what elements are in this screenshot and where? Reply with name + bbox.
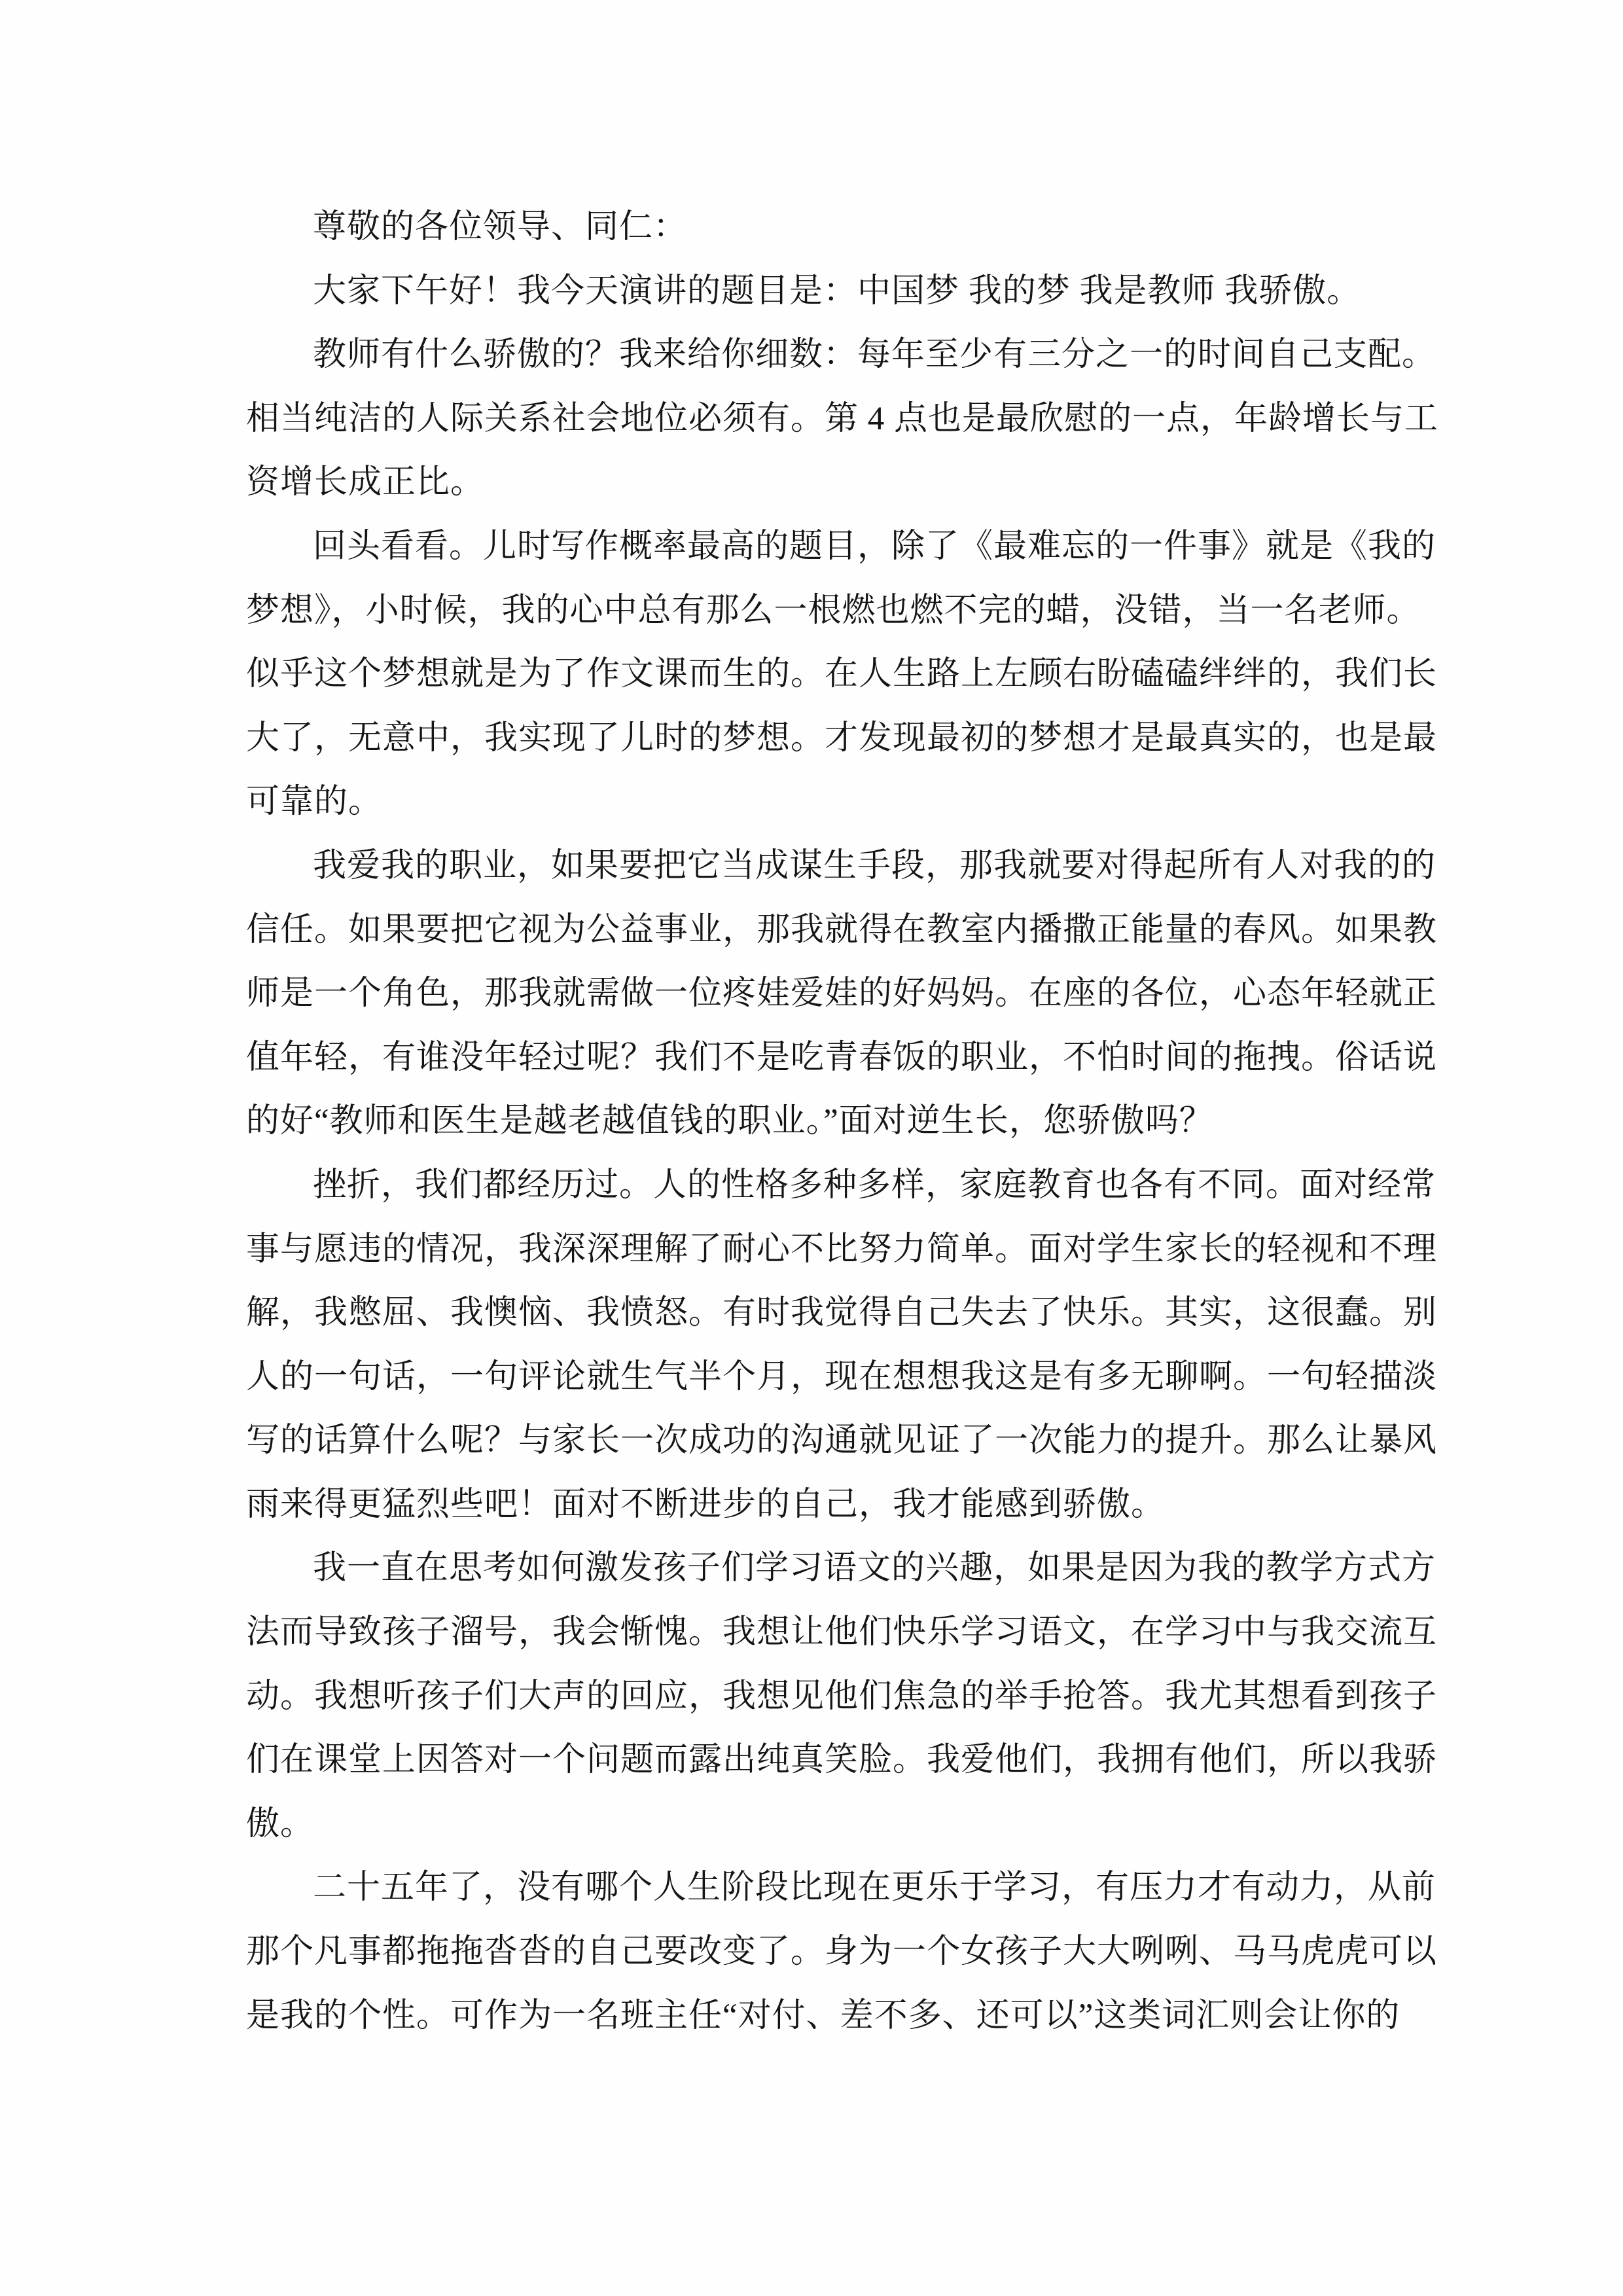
document-page: 尊敬的各位领导、同仁：大家下午好！我今天演讲的题目是：中国梦 我的梦 我是教师 …: [0, 0, 1623, 2296]
text-line: 是我的个性。可作为一名班主任“对付、差不多、还可以”这类词汇则会让你的: [246, 1984, 1418, 2049]
text-line: 资增长成正比。: [246, 451, 1418, 515]
text-line: 尊敬的各位领导、同仁：: [246, 196, 1418, 260]
text-line: 师是一个角色，那我就需做一位疼娃爱娃的好妈妈。在座的各位，心态年轻就正: [246, 962, 1418, 1026]
document-body: 尊敬的各位领导、同仁：大家下午好！我今天演讲的题目是：中国梦 我的梦 我是教师 …: [246, 196, 1418, 2048]
text-line: 回头看看。儿时写作概率最高的题目，除了《最难忘的一件事》就是《我的: [246, 515, 1418, 579]
text-line: 雨来得更猛烈些吧！面对不断进步的自己，我才能感到骄傲。: [246, 1473, 1418, 1537]
text-line: 法而导致孩子溜号，我会惭愧。我想让他们快乐学习语文，在学习中与我交流互: [246, 1601, 1418, 1665]
text-line: 梦想》，小时候，我的心中总有那么一根燃也燃不完的蜡，没错，当一名老师。: [246, 579, 1418, 643]
text-line: 我爱我的职业，如果要把它当成谋生手段，那我就要对得起所有人对我的的: [246, 834, 1418, 899]
text-line: 教师有什么骄傲的？我来给你细数：每年至少有三分之一的时间自己支配。: [246, 323, 1418, 387]
text-line: 人的一句话，一句评论就生气半个月，现在想想我这是有多无聊啊。一句轻描淡: [246, 1346, 1418, 1410]
text-line: 可靠的。: [246, 770, 1418, 834]
text-line: 似乎这个梦想就是为了作文课而生的。在人生路上左顾右盼磕磕绊绊的，我们长: [246, 643, 1418, 707]
text-line: 值年轻，有谁没年轻过呢？我们不是吃青春饭的职业，不怕时间的拖拽。俗话说: [246, 1026, 1418, 1090]
text-line: 解，我憋屈、我懊恼、我愤怒。有时我觉得自己失去了快乐。其实，这很蠢。别: [246, 1282, 1418, 1346]
text-line: 的好“教师和医生是越老越值钱的职业。”面对逆生长，您骄傲吗？: [246, 1090, 1418, 1154]
text-line: 大了，无意中，我实现了儿时的梦想。才发现最初的梦想才是最真实的，也是最: [246, 707, 1418, 771]
text-line: 们在课堂上因答对一个问题而露出纯真笑脸。我爱他们，我拥有他们，所以我骄: [246, 1729, 1418, 1793]
text-line: 傲。: [246, 1793, 1418, 1857]
text-line: 相当纯洁的人际关系社会地位必须有。第 4 点也是最欣慰的一点，年龄增长与工: [246, 387, 1418, 452]
text-line: 那个凡事都拖拖沓沓的自己要改变了。身为一个女孩子大大咧咧、马马虎虎可以: [246, 1920, 1418, 1984]
text-line: 事与愿违的情况，我深深理解了耐心不比努力简单。面对学生家长的轻视和不理: [246, 1218, 1418, 1282]
text-line: 写的话算什么呢？与家长一次成功的沟通就见证了一次能力的提升。那么让暴风: [246, 1409, 1418, 1473]
text-line: 大家下午好！我今天演讲的题目是：中国梦 我的梦 我是教师 我骄傲。: [246, 260, 1418, 324]
text-line: 信任。如果要把它视为公益事业，那我就得在教室内播撒正能量的春风。如果教: [246, 899, 1418, 963]
text-line: 动。我想听孩子们大声的回应，我想见他们焦急的举手抢答。我尤其想看到孩子: [246, 1665, 1418, 1729]
text-line: 我一直在思考如何激发孩子们学习语文的兴趣，如果是因为我的教学方式方: [246, 1537, 1418, 1601]
text-line: 挫折，我们都经历过。人的性格多种多样，家庭教育也各有不同。面对经常: [246, 1154, 1418, 1218]
text-line: 二十五年了，没有哪个人生阶段比现在更乐于学习，有压力才有动力，从前: [246, 1856, 1418, 1920]
